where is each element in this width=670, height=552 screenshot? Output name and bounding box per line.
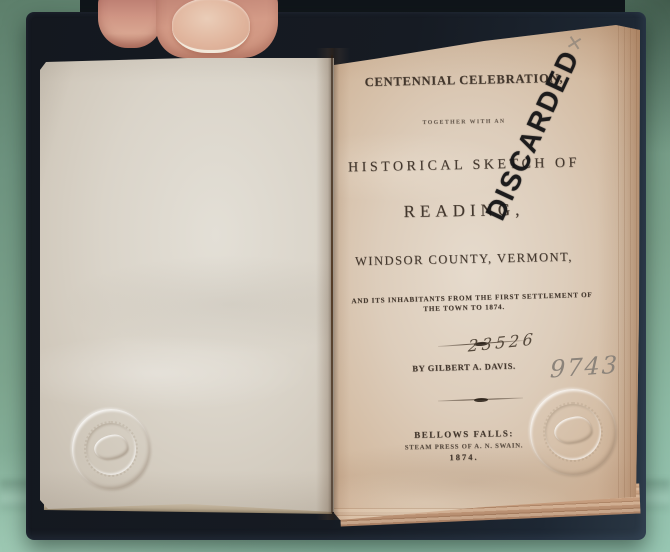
title-scope-lines: AND ITS INHABITANTS FROM THE FIRST SETTL… <box>351 291 576 316</box>
fingernail <box>172 0 250 53</box>
embossed-library-seal-icon <box>72 409 150 489</box>
title-subheading: HISTORICAL SKETCH OF <box>314 155 614 177</box>
book-gutter-crease <box>331 55 333 513</box>
embossed-library-seal-icon <box>530 389 616 475</box>
book-photograph: CENTENNIAL CELEBRATION, TOGETHER WITH AN… <box>0 0 670 552</box>
finger <box>98 0 162 48</box>
handwritten-call-number: 9743 <box>550 351 620 384</box>
finger-holding-book <box>156 0 278 58</box>
title-page: CENTENNIAL CELEBRATION, TOGETHER WITH AN… <box>334 15 640 523</box>
page-edge-band <box>618 15 640 523</box>
swelled-rule-bottom <box>438 398 523 402</box>
title-county-line: WINDSOR COUNTY, VERMONT, <box>314 249 614 270</box>
handwritten-accession-number: 23526 <box>468 329 537 355</box>
blank-left-page <box>38 50 334 512</box>
title-town: READING, <box>314 198 614 223</box>
